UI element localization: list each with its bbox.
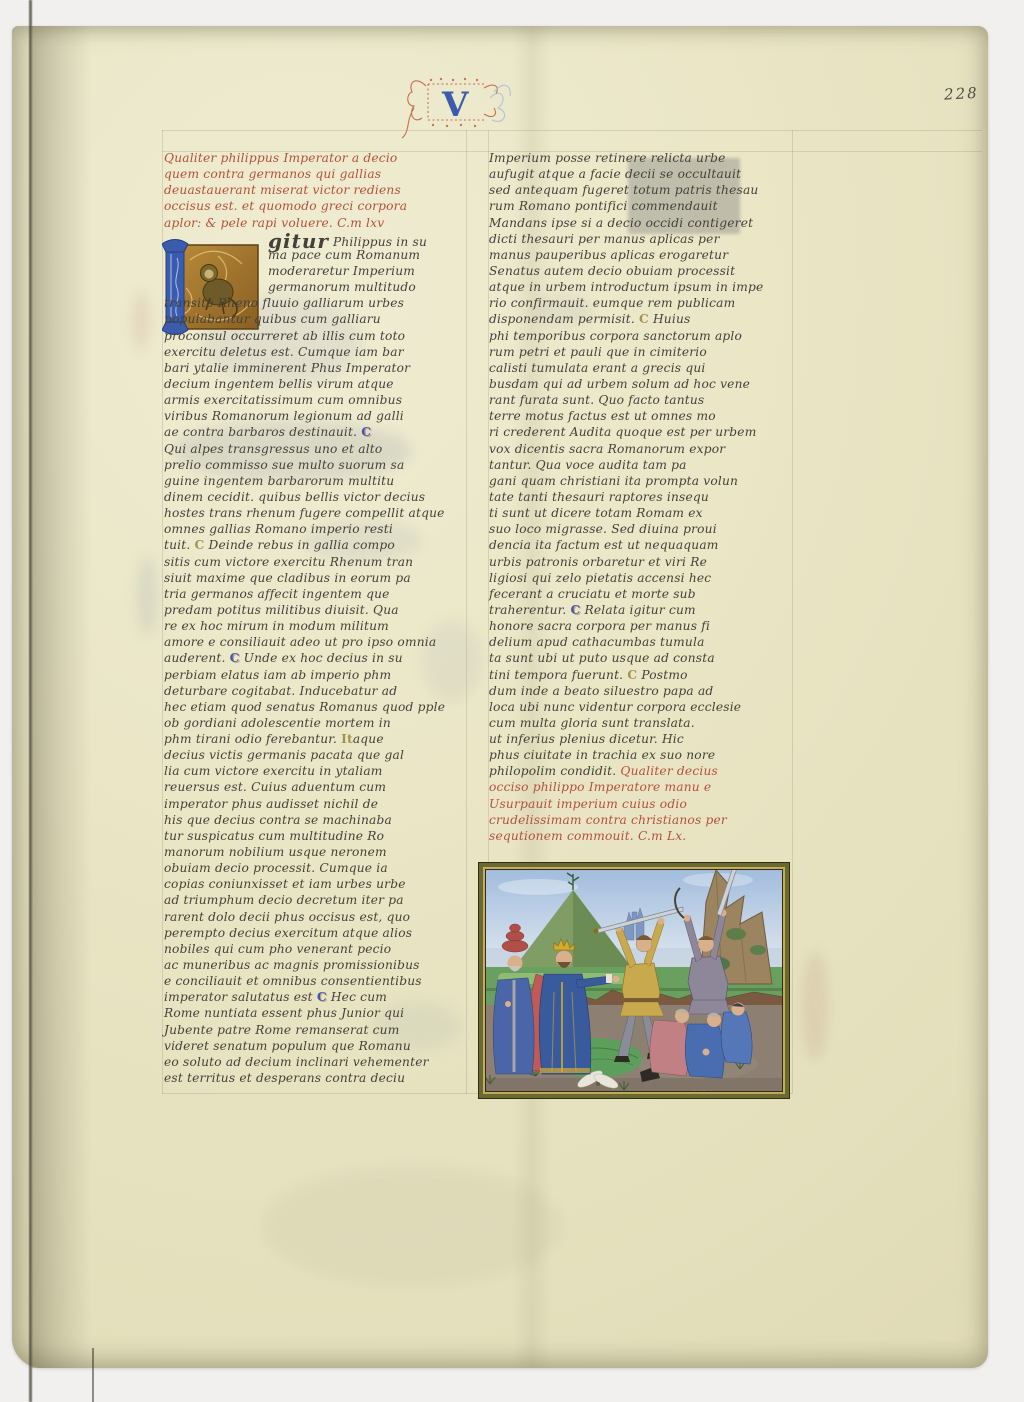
- folio-number: 228: [944, 82, 1005, 103]
- manuscript-text-line: exercitu deletus est. Cumque iam bar: [164, 344, 476, 360]
- manuscript-text-line: transito Rheno fluuio galliarum urbes: [164, 295, 476, 311]
- manuscript-text-line: cum multa gloria sunt translata.: [489, 715, 801, 731]
- manuscript-text-line: e conciliauit et omnibus consentientibus: [164, 973, 476, 989]
- manuscript-text-line: urbis patronis orbaretur et viri Re: [489, 554, 801, 570]
- manuscript-text-line: germanorum multitudo: [164, 279, 476, 295]
- manuscript-text-line: philopolim condidit. Qualiter decius: [489, 763, 801, 779]
- manuscript-text-line: ma pace cum Romanum: [164, 247, 476, 263]
- manuscript-text-line: ut inferius plenius dicetur. Hic: [489, 731, 801, 747]
- manuscript-text-line: dum inde a beato siluestro papa ad: [489, 683, 801, 699]
- manuscript-text-line: dicti thesauri per manus aplicas per: [489, 231, 801, 247]
- manuscript-text-line: fecerant a cruciatu et morte sub: [489, 586, 801, 602]
- manuscript-text-line: proconsul occurreret ab illis cum toto: [164, 328, 476, 344]
- manuscript-text-line: loca ubi nunc videntur corpora ecclesie: [489, 699, 801, 715]
- manuscript-text-line: eo soluto ad decium inclinari vehementer: [164, 1054, 476, 1070]
- manuscript-text-line: decium ingentem bellis virum atque: [164, 376, 476, 392]
- showthrough-smudge: [802, 951, 828, 1061]
- manuscript-text-line: dinem cecidit. quibus bellis victor deci…: [164, 489, 476, 505]
- manuscript-text-line: perbiam elatus iam ab imperio phm: [164, 667, 476, 683]
- manuscript-text-line: calisti tumulata erant a grecis qui: [489, 360, 801, 376]
- manuscript-page: 228 V: [12, 26, 988, 1368]
- manuscript-text-line: gani quam christiani ita prompta volun: [489, 473, 801, 489]
- manuscript-text-line: amore e consiliauit adeo ut pro ipso omn…: [164, 634, 476, 650]
- manuscript-text-line: ae contra barbaros destinauit. C: [164, 424, 476, 440]
- manuscript-text-line: re ex hoc mirum in modum militum: [164, 618, 476, 634]
- header-letter: V: [441, 85, 469, 125]
- miniature-painting: [478, 862, 790, 1099]
- manuscript-text-line: viribus Romanorum legionum ad galli: [164, 408, 476, 424]
- manuscript-text-line: phus ciuitate in trachia ex suo nore: [489, 747, 801, 763]
- manuscript-text-line: dencia ita factum est ut nequaquam: [489, 537, 801, 553]
- manuscript-text-line: Jubente patre Rome remanserat cum: [164, 1022, 476, 1038]
- gutter-crease-shadow: [32, 26, 92, 1368]
- manuscript-text-line: Senatus autem decio obuiam processit: [489, 263, 801, 279]
- cloud: [498, 879, 578, 895]
- manuscript-text-line: deturbare cogitabat. Inducebatur ad: [164, 683, 476, 699]
- manuscript-text-line: vox dicentis sacra Romanorum expor: [489, 441, 801, 457]
- king-hand: [613, 976, 620, 983]
- manuscript-text-line: rio confirmauit. eumque rem publicam: [489, 295, 801, 311]
- manuscript-text-line: est territus et desperans contra deciu: [164, 1070, 476, 1086]
- manuscript-text-line: deuastauerant miserat victor rediens: [164, 182, 476, 198]
- manuscript-text-line: tur suspicatus cum multitudine Ro: [164, 828, 476, 844]
- manuscript-text-line: obuiam decio processit. Cumque ia: [164, 860, 476, 876]
- manuscript-text-line: his que decius contra se machinaba: [164, 812, 476, 828]
- page-corner-edge: [92, 1348, 94, 1402]
- martyr-blue-2: [721, 1012, 752, 1064]
- manuscript-text-line: occiso philippo Imperatore manu e: [489, 779, 801, 795]
- manuscript-text-line: bari ytalie imminerent Phus Imperator: [164, 360, 476, 376]
- manuscript-text-line: manus pauperibus aplicas erogaretur: [489, 247, 801, 263]
- manuscript-text-line: sequtionem commouit. C.m Lx.: [489, 828, 801, 844]
- showthrough-smudge: [132, 291, 150, 351]
- manuscript-text-line: Imperium posse retinere relicta urbe: [489, 150, 801, 166]
- manuscript-text-line: disponendam permisit. C Huius: [489, 311, 801, 327]
- manuscript-text-line: copias coniunxisset et iam urbes urbe: [164, 876, 476, 892]
- manuscript-text-line: aufugit atque a facie decii se occultaui…: [489, 166, 801, 182]
- manuscript-text-line: guine ingentem barbarorum multitu: [164, 473, 476, 489]
- manuscript-text-line: Usurpauit imperium cuius odio: [489, 796, 801, 812]
- manuscript-text-line: terre motus factus est ut omnes mo: [489, 408, 801, 424]
- manuscript-text-line: siuit maxime que cladibus in eorum pa: [164, 570, 476, 586]
- manuscript-text-line: tuit. C Deinde rebus in gallia compo: [164, 537, 476, 553]
- manuscript-text-line: nobiles qui cum pho venerant pecio: [164, 941, 476, 957]
- manuscript-text-line: populabantur quibus cum galliaru: [164, 311, 476, 327]
- manuscript-text-line: rarent dolo decii phus occisus est, quo: [164, 909, 476, 925]
- manuscript-text-line: sed antequam fugeret totum patris thesau: [489, 182, 801, 198]
- manuscript-text-line: rum petri et pauli que in cimiterio: [489, 344, 801, 360]
- showthrough-smudge: [137, 556, 157, 636]
- manuscript-text-line: ligiosi qui zelo pietatis accensi hec: [489, 570, 801, 586]
- manuscript-text-line: occisus est. et quomodo greci corpora: [164, 198, 476, 214]
- boot: [614, 1056, 630, 1062]
- manuscript-text-line: rum Romano pontifici commendauit: [489, 198, 801, 214]
- manuscript-text-line: ta sunt ubi ut puto usque ad consta: [489, 650, 801, 666]
- binding-gutter-edge: [29, 0, 32, 1402]
- manuscript-text-line: rant furata sunt. Quo facto tantus: [489, 392, 801, 408]
- manuscript-text-line: manorum nobilium usque neronem: [164, 844, 476, 860]
- martyr-rose: [650, 1020, 689, 1076]
- king-robe: [539, 974, 591, 1074]
- manuscript-text-line: busdam qui ad urbem solum ad hoc vene: [489, 376, 801, 392]
- manuscript-text-line: tantur. Qua voce audita tam pa: [489, 457, 801, 473]
- manuscript-text-line: traherentur. C Relata igitur cum: [489, 602, 801, 618]
- manuscript-text-line: hostes trans rhenum fugere compellit atq…: [164, 505, 476, 521]
- manuscript-text-line: ad triumphum decio decretum iter pa: [164, 892, 476, 908]
- manuscript-text-line: delium apud cathacumbas tumula: [489, 634, 801, 650]
- manuscript-text-line: sitis cum victore exercitu Rhenum tran: [164, 554, 476, 570]
- manuscript-text-line: imperator salutatus est C Hec cum: [164, 989, 476, 1005]
- header-initial-ornament: V: [398, 68, 514, 142]
- manuscript-text-line: tate tanti thesauri raptores insequ: [489, 489, 801, 505]
- manuscript-text-line: gitur Philippus in su: [164, 231, 476, 247]
- manuscript-text-line: ri crederent Audita quoque est per urbem: [489, 424, 801, 440]
- manuscript-text-line: crudelissimam contra christianos per: [489, 812, 801, 828]
- manuscript-text-line: phm tirani odio ferebantur. Itaque: [164, 731, 476, 747]
- manuscript-text-line: tini tempora fuerunt. C Postmo: [489, 667, 801, 683]
- left-text-column: Qualiter philippus Imperator a decioquem…: [164, 150, 476, 1086]
- photo-backdrop: 228 V: [0, 0, 1024, 1402]
- manuscript-text-line: imperator phus audisset nichil de: [164, 796, 476, 812]
- manuscript-text-line: tria germanos affecit ingentem que: [164, 586, 476, 602]
- ruling-line-top: [162, 130, 982, 131]
- manuscript-text-line: auderent. C Unde ex hoc decius in su: [164, 650, 476, 666]
- manuscript-text-line: armis exercitatissimum cum omnibus: [164, 392, 476, 408]
- manuscript-text-line: videret senatum populum que Romanu: [164, 1038, 476, 1054]
- manuscript-text-line: omnes gallias Romano imperio resti: [164, 521, 476, 537]
- manuscript-text-line: atque in urbem introductum ipsum in impe: [489, 279, 801, 295]
- manuscript-text-line: reuersus est. Cuius aduentum cum: [164, 779, 476, 795]
- manuscript-text-line: perempto decius exercitum atque alios: [164, 925, 476, 941]
- manuscript-text-line: ti sunt ut dicere totam Romam ex: [489, 505, 801, 521]
- manuscript-text-line: suo loco migrasse. Sed diuina proui: [489, 521, 801, 537]
- manuscript-text-line: honore sacra corpora per manus fi: [489, 618, 801, 634]
- manuscript-text-line: predam potitus militibus diuisit. Qua: [164, 602, 476, 618]
- manuscript-text-line: Mandans ipse si a decio occidi contigere…: [489, 215, 801, 231]
- manuscript-text-line: Rome nuntiata essent phus Junior qui: [164, 1005, 476, 1021]
- manuscript-text-line: Qui alpes transgressus uno et alto: [164, 441, 476, 457]
- manuscript-text-line: decius victis germanis pacata que gal: [164, 747, 476, 763]
- manuscript-text-line: phi temporibus corpora sanctorum aplo: [489, 328, 801, 344]
- manuscript-text-line: ac muneribus ac magnis promissionibus: [164, 957, 476, 973]
- manuscript-text-line: quem contra germanos qui gallias: [164, 166, 476, 182]
- manuscript-text-line: moderaretur Imperium: [164, 263, 476, 279]
- manuscript-text-line: ob gordiani adolescentie mortem in: [164, 715, 476, 731]
- manuscript-text-line: Qualiter philippus Imperator a decio: [164, 150, 476, 166]
- manuscript-text-line: lia cum victore exercitu in ytaliam: [164, 763, 476, 779]
- manuscript-text-line: prelio commisso sue multo suorum sa: [164, 457, 476, 473]
- manuscript-text-line: hec etiam quod senatus Romanus quod pple: [164, 699, 476, 715]
- right-text-column: Imperium posse retinere relicta urbeaufu…: [489, 150, 801, 844]
